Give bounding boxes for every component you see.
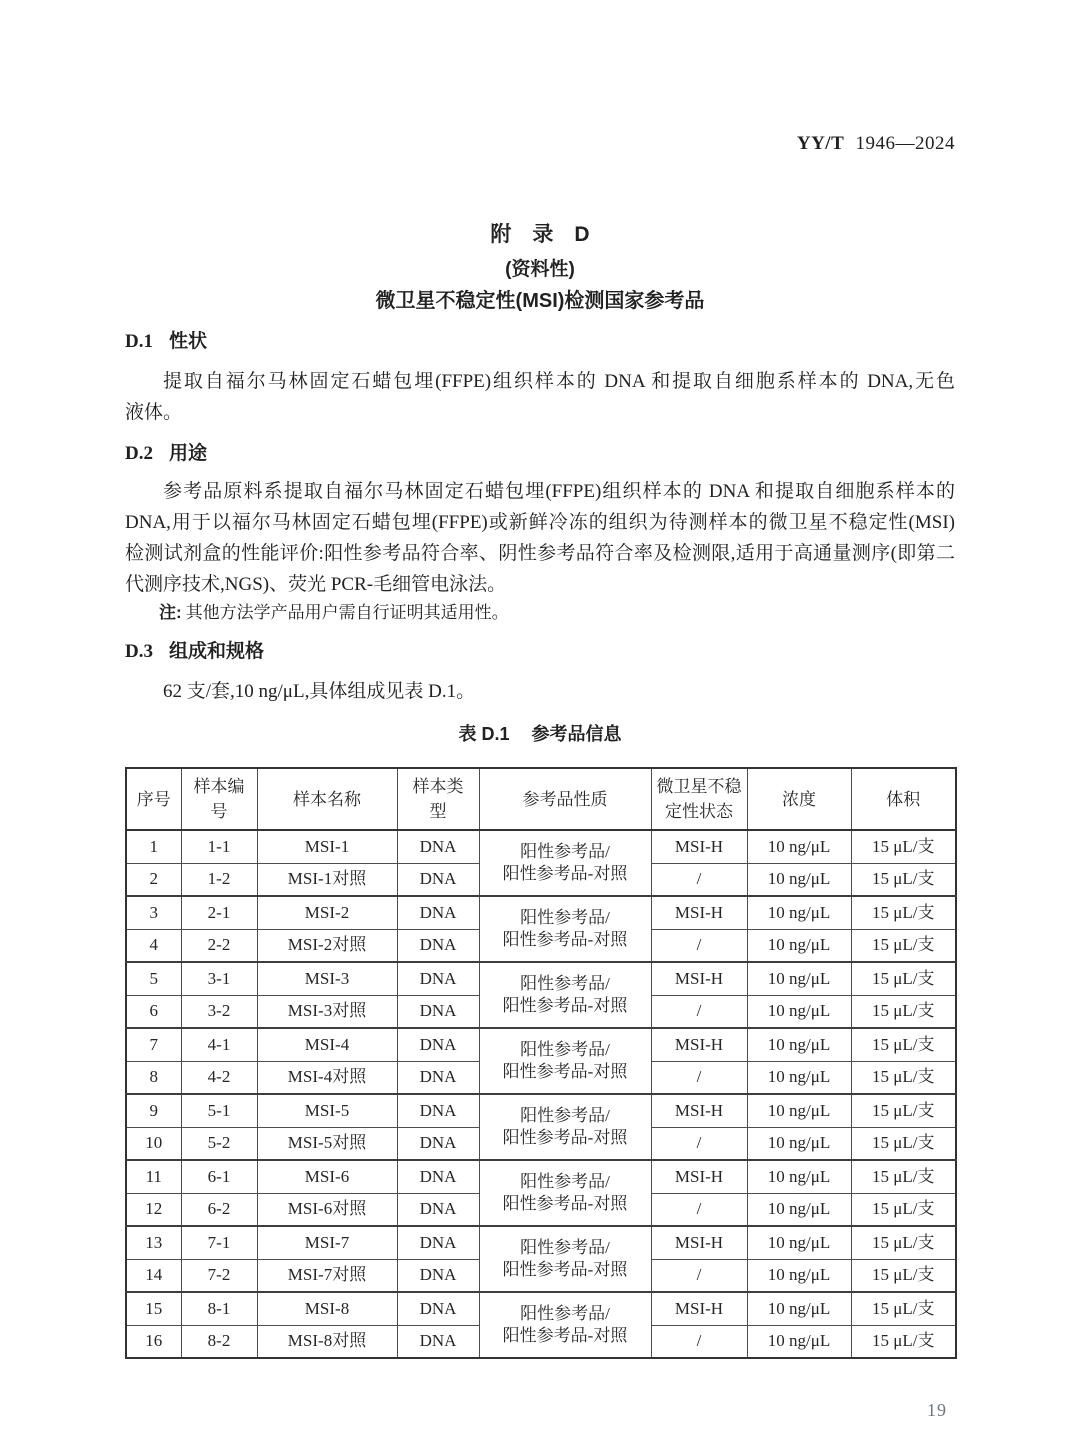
sample-name-cell: MSI-5对照 xyxy=(257,1127,397,1160)
concentration-cell: 10 ng/μL xyxy=(747,1061,851,1094)
sample-name-cell: MSI-8对照 xyxy=(257,1325,397,1358)
document-page: YY/T 1946—2024 附 录 D (资料性) 微卫星不稳定性(MSI)检… xyxy=(0,0,1080,1450)
msi-status-cell: / xyxy=(651,995,747,1028)
volume-cell: 15 μL/支 xyxy=(851,1061,956,1094)
table-row: 116-1MSI-6DNA阳性参考品/ 阳性参考品-对照MSI-H10 ng/μ… xyxy=(126,1160,956,1193)
index-cell: 8 xyxy=(126,1061,181,1094)
concentration-cell: 10 ng/μL xyxy=(747,830,851,863)
index-cell: 3 xyxy=(126,896,181,929)
volume-cell: 15 μL/支 xyxy=(851,1094,956,1127)
appendix-name: 微卫星不稳定性(MSI)检测国家参考品 xyxy=(125,286,955,316)
sample-code-cell: 8-2 xyxy=(181,1325,257,1358)
section-heading-d3: D.3组成和规格 xyxy=(125,638,955,666)
note-text: 其他方法学产品用户需自行证明其适用性。 xyxy=(186,603,509,622)
table-row: 158-1MSI-8DNA阳性参考品/ 阳性参考品-对照MSI-H10 ng/μ… xyxy=(126,1292,956,1325)
msi-status-cell: MSI-H xyxy=(651,1094,747,1127)
note: 注:其他方法学产品用户需自行证明其适用性。 xyxy=(159,600,955,626)
sample-code-cell: 8-1 xyxy=(181,1292,257,1325)
concentration-cell: 10 ng/μL xyxy=(747,1094,851,1127)
sample-name-cell: MSI-6对照 xyxy=(257,1193,397,1226)
property-cell: 阳性参考品/ 阳性参考品-对照 xyxy=(479,830,651,896)
column-header: 序号 xyxy=(126,768,181,830)
appendix-title: 附 录 D xyxy=(125,220,955,250)
volume-cell: 15 μL/支 xyxy=(851,1028,956,1061)
paragraph-d3: 62 支/套,10 ng/μL,具体组成见表 D.1。 xyxy=(125,676,955,707)
msi-status-cell: MSI-H xyxy=(651,896,747,929)
concentration-cell: 10 ng/μL xyxy=(747,896,851,929)
index-cell: 13 xyxy=(126,1226,181,1259)
sample-code-cell: 1-2 xyxy=(181,863,257,896)
column-header: 样本类 型 xyxy=(397,768,479,830)
volume-cell: 15 μL/支 xyxy=(851,1259,956,1292)
property-cell: 阳性参考品/ 阳性参考品-对照 xyxy=(479,1028,651,1094)
property-cell: 阳性参考品/ 阳性参考品-对照 xyxy=(479,896,651,962)
paragraph-d2: 参考品原料系提取自福尔马林固定石蜡包埋(FFPE)组织样本的 DNA 和提取自细… xyxy=(125,476,955,600)
body-line: 代测序技术,NGS)、荧光 PCR-毛细管电泳法。 xyxy=(125,569,955,600)
msi-status-cell: MSI-H xyxy=(651,1160,747,1193)
volume-cell: 15 μL/支 xyxy=(851,929,956,962)
sample-type-cell: DNA xyxy=(397,1127,479,1160)
sample-type-cell: DNA xyxy=(397,1061,479,1094)
sample-type-cell: DNA xyxy=(397,1292,479,1325)
concentration-cell: 10 ng/μL xyxy=(747,1160,851,1193)
sample-code-cell: 3-2 xyxy=(181,995,257,1028)
sample-type-cell: DNA xyxy=(397,995,479,1028)
section-heading-d1: D.1性状 xyxy=(125,328,955,356)
sample-type-cell: DNA xyxy=(397,1193,479,1226)
sample-name-cell: MSI-8 xyxy=(257,1292,397,1325)
table-row: 74-1MSI-4DNA阳性参考品/ 阳性参考品-对照MSI-H10 ng/μL… xyxy=(126,1028,956,1061)
table-row: 95-1MSI-5DNA阳性参考品/ 阳性参考品-对照MSI-H10 ng/μL… xyxy=(126,1094,956,1127)
concentration-cell: 10 ng/μL xyxy=(747,863,851,896)
sample-type-cell: DNA xyxy=(397,1259,479,1292)
sample-type-cell: DNA xyxy=(397,896,479,929)
index-cell: 5 xyxy=(126,962,181,995)
volume-cell: 15 μL/支 xyxy=(851,1325,956,1358)
sample-type-cell: DNA xyxy=(397,863,479,896)
body-line: 62 支/套,10 ng/μL,具体组成见表 D.1。 xyxy=(125,676,955,707)
sample-code-cell: 3-1 xyxy=(181,962,257,995)
concentration-cell: 10 ng/μL xyxy=(747,995,851,1028)
table-row: 32-1MSI-2DNA阳性参考品/ 阳性参考品-对照MSI-H10 ng/μL… xyxy=(126,896,956,929)
sample-type-cell: DNA xyxy=(397,1325,479,1358)
sample-code-cell: 5-1 xyxy=(181,1094,257,1127)
column-header: 体积 xyxy=(851,768,956,830)
sample-type-cell: DNA xyxy=(397,1028,479,1061)
section-title: 用途 xyxy=(169,443,207,464)
column-header: 样本编 号 xyxy=(181,768,257,830)
property-cell: 阳性参考品/ 阳性参考品-对照 xyxy=(479,1292,651,1358)
column-header: 微卫星不稳 定性状态 xyxy=(651,768,747,830)
body-line: 液体。 xyxy=(125,397,955,428)
volume-cell: 15 μL/支 xyxy=(851,995,956,1028)
section-id: D.3 xyxy=(125,641,153,662)
index-cell: 2 xyxy=(126,863,181,896)
standard-number: YY/T 1946—2024 xyxy=(125,132,955,156)
standard-prefix: YY/T xyxy=(797,133,844,154)
body-line: 提取自福尔马林固定石蜡包埋(FFPE)组织样本的 DNA 和提取自细胞系样本的 … xyxy=(125,366,955,397)
msi-status-cell: MSI-H xyxy=(651,830,747,863)
concentration-cell: 10 ng/μL xyxy=(747,929,851,962)
sample-name-cell: MSI-2 xyxy=(257,896,397,929)
section-title: 组成和规格 xyxy=(169,641,264,662)
concentration-cell: 10 ng/μL xyxy=(747,1259,851,1292)
table-row: 53-1MSI-3DNA阳性参考品/ 阳性参考品-对照MSI-H10 ng/μL… xyxy=(126,962,956,995)
msi-status-cell: / xyxy=(651,1259,747,1292)
msi-status-cell: / xyxy=(651,1127,747,1160)
volume-cell: 15 μL/支 xyxy=(851,1127,956,1160)
sample-type-cell: DNA xyxy=(397,1160,479,1193)
msi-status-cell: MSI-H xyxy=(651,1292,747,1325)
note-label: 注: xyxy=(159,603,182,622)
table-caption: 表 D.1参考品信息 xyxy=(125,721,955,747)
concentration-cell: 10 ng/μL xyxy=(747,1325,851,1358)
body-line: 参考品原料系提取自福尔马林固定石蜡包埋(FFPE)组织样本的 DNA 和提取自细… xyxy=(125,476,955,507)
table-caption-title: 参考品信息 xyxy=(532,724,622,744)
property-cell: 阳性参考品/ 阳性参考品-对照 xyxy=(479,1226,651,1292)
concentration-cell: 10 ng/μL xyxy=(747,1028,851,1061)
volume-cell: 15 μL/支 xyxy=(851,1193,956,1226)
sample-code-cell: 2-2 xyxy=(181,929,257,962)
index-cell: 1 xyxy=(126,830,181,863)
concentration-cell: 10 ng/μL xyxy=(747,1193,851,1226)
column-header: 参考品性质 xyxy=(479,768,651,830)
sample-type-cell: DNA xyxy=(397,1226,479,1259)
table-header-row: 序号样本编 号样本名称样本类 型参考品性质微卫星不稳 定性状态浓度体积 xyxy=(126,768,956,830)
sample-name-cell: MSI-7 xyxy=(257,1226,397,1259)
section-id: D.1 xyxy=(125,331,153,352)
page-number: 19 xyxy=(927,1400,947,1421)
table-row: 137-1MSI-7DNA阳性参考品/ 阳性参考品-对照MSI-H10 ng/μ… xyxy=(126,1226,956,1259)
msi-status-cell: MSI-H xyxy=(651,962,747,995)
sample-name-cell: MSI-2对照 xyxy=(257,929,397,962)
sample-type-cell: DNA xyxy=(397,1094,479,1127)
table-body: 11-1MSI-1DNA阳性参考品/ 阳性参考品-对照MSI-H10 ng/μL… xyxy=(126,830,956,1358)
msi-status-cell: / xyxy=(651,1193,747,1226)
sample-code-cell: 6-1 xyxy=(181,1160,257,1193)
volume-cell: 15 μL/支 xyxy=(851,863,956,896)
sample-code-cell: 4-1 xyxy=(181,1028,257,1061)
msi-status-cell: / xyxy=(651,1061,747,1094)
section-id: D.2 xyxy=(125,443,153,464)
sample-name-cell: MSI-6 xyxy=(257,1160,397,1193)
standard-digits: 1946—2024 xyxy=(856,133,956,154)
concentration-cell: 10 ng/μL xyxy=(747,1292,851,1325)
sample-name-cell: MSI-4对照 xyxy=(257,1061,397,1094)
msi-status-cell: / xyxy=(651,1325,747,1358)
property-cell: 阳性参考品/ 阳性参考品-对照 xyxy=(479,1160,651,1226)
sample-name-cell: MSI-7对照 xyxy=(257,1259,397,1292)
concentration-cell: 10 ng/μL xyxy=(747,1226,851,1259)
sample-name-cell: MSI-3对照 xyxy=(257,995,397,1028)
sample-name-cell: MSI-3 xyxy=(257,962,397,995)
index-cell: 6 xyxy=(126,995,181,1028)
sample-code-cell: 2-1 xyxy=(181,896,257,929)
body-line: 检测试剂盒的性能评价:阳性参考品符合率、阴性参考品符合率及检测限,适用于高通量测… xyxy=(125,538,955,569)
volume-cell: 15 μL/支 xyxy=(851,1160,956,1193)
property-cell: 阳性参考品/ 阳性参考品-对照 xyxy=(479,1094,651,1160)
table-row: 11-1MSI-1DNA阳性参考品/ 阳性参考品-对照MSI-H10 ng/μL… xyxy=(126,830,956,863)
reference-table: 序号样本编 号样本名称样本类 型参考品性质微卫星不稳 定性状态浓度体积 11-1… xyxy=(125,767,957,1359)
concentration-cell: 10 ng/μL xyxy=(747,962,851,995)
index-cell: 10 xyxy=(126,1127,181,1160)
sample-type-cell: DNA xyxy=(397,962,479,995)
sample-name-cell: MSI-4 xyxy=(257,1028,397,1061)
paragraph-d1: 提取自福尔马林固定石蜡包埋(FFPE)组织样本的 DNA 和提取自细胞系样本的 … xyxy=(125,366,955,428)
volume-cell: 15 μL/支 xyxy=(851,1226,956,1259)
volume-cell: 15 μL/支 xyxy=(851,1292,956,1325)
volume-cell: 15 μL/支 xyxy=(851,896,956,929)
msi-status-cell: / xyxy=(651,863,747,896)
column-header: 浓度 xyxy=(747,768,851,830)
property-cell: 阳性参考品/ 阳性参考品-对照 xyxy=(479,962,651,1028)
msi-status-cell: / xyxy=(651,929,747,962)
section-title: 性状 xyxy=(169,331,207,352)
index-cell: 16 xyxy=(126,1325,181,1358)
volume-cell: 15 μL/支 xyxy=(851,830,956,863)
table-caption-label: 表 D.1 xyxy=(458,724,509,744)
sample-type-cell: DNA xyxy=(397,929,479,962)
sample-name-cell: MSI-1对照 xyxy=(257,863,397,896)
concentration-cell: 10 ng/μL xyxy=(747,1127,851,1160)
sample-code-cell: 4-2 xyxy=(181,1061,257,1094)
index-cell: 11 xyxy=(126,1160,181,1193)
msi-status-cell: MSI-H xyxy=(651,1028,747,1061)
sample-code-cell: 5-2 xyxy=(181,1127,257,1160)
appendix-subtitle: (资料性) xyxy=(125,256,955,284)
sample-code-cell: 7-1 xyxy=(181,1226,257,1259)
msi-status-cell: MSI-H xyxy=(651,1226,747,1259)
sample-type-cell: DNA xyxy=(397,830,479,863)
index-cell: 7 xyxy=(126,1028,181,1061)
index-cell: 12 xyxy=(126,1193,181,1226)
volume-cell: 15 μL/支 xyxy=(851,962,956,995)
body-line: DNA,用于以福尔马林固定石蜡包埋(FFPE)或新鲜冷冻的组织为待测样本的微卫星… xyxy=(125,507,955,538)
sample-code-cell: 7-2 xyxy=(181,1259,257,1292)
sample-name-cell: MSI-1 xyxy=(257,830,397,863)
sample-code-cell: 1-1 xyxy=(181,830,257,863)
sample-code-cell: 6-2 xyxy=(181,1193,257,1226)
sample-name-cell: MSI-5 xyxy=(257,1094,397,1127)
column-header: 样本名称 xyxy=(257,768,397,830)
section-heading-d2: D.2用途 xyxy=(125,440,955,468)
index-cell: 4 xyxy=(126,929,181,962)
index-cell: 15 xyxy=(126,1292,181,1325)
index-cell: 9 xyxy=(126,1094,181,1127)
index-cell: 14 xyxy=(126,1259,181,1292)
